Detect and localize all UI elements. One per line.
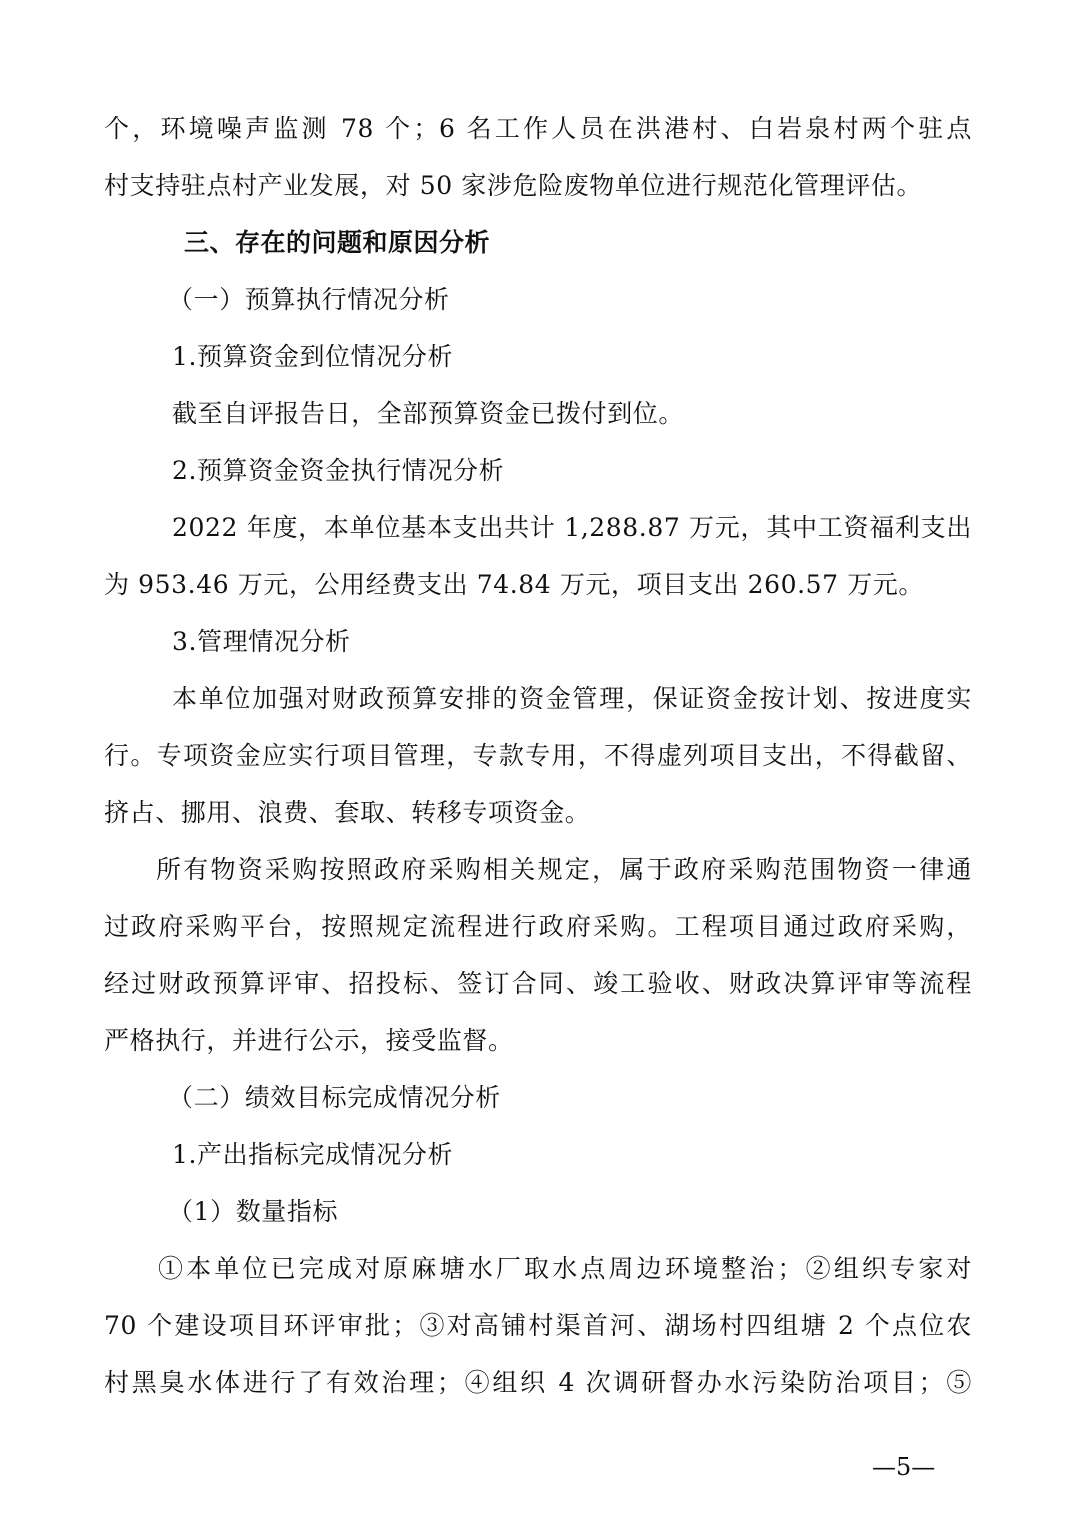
paragraph-line: 所有物资采购按照政府采购相关规定，属于政府采购范围物资一律通 <box>156 853 972 887</box>
paragraph-line: 村支持驻点村产业发展，对 50 家涉危险废物单位进行规范化管理评估。 <box>104 169 972 203</box>
paragraph-line: 2022 年度，本单位基本支出共计 1,288.87 万元，其中工资福利支出 <box>172 511 972 545</box>
paragraph-line: 严格执行，并进行公示，接受监督。 <box>104 1024 972 1058</box>
subsection-heading: （二）绩效目标完成情况分析 <box>168 1081 972 1115</box>
paragraph-line: 个，环境噪声监测 78 个；6 名工作人员在洪港村、白岩泉村两个驻点 <box>104 112 972 146</box>
paragraph-line: 本单位加强对财政预算安排的资金管理，保证资金按计划、按进度实 <box>172 682 972 716</box>
item-heading: 2.预算资金资金执行情况分析 <box>172 454 972 488</box>
paragraph-line: ①本单位已完成对原麻塘水厂取水点周边环境整治；②组织专家对 <box>158 1252 972 1286</box>
document-page: 个，环境噪声监测 78 个；6 名工作人员在洪港村、白岩泉村两个驻点 村支持驻点… <box>0 0 1074 1520</box>
item-heading: 1.预算资金到位情况分析 <box>172 340 972 374</box>
item-subheading: （1）数量指标 <box>168 1195 972 1229</box>
paragraph-line: 截至自评报告日，全部预算资金已拨付到位。 <box>172 397 972 431</box>
page-number: —5— <box>872 1452 935 1482</box>
section-heading: 三、存在的问题和原因分析 <box>184 226 490 260</box>
item-heading: 3.管理情况分析 <box>172 625 972 659</box>
paragraph-line: 村黑臭水体进行了有效治理；④组织 4 次调研督办水污染防治项目；⑤ <box>104 1366 972 1400</box>
item-heading: 1.产出指标完成情况分析 <box>172 1138 972 1172</box>
paragraph-line: 经过财政预算评审、招投标、签订合同、竣工验收、财政决算评审等流程 <box>104 967 972 1001</box>
paragraph-line: 行。专项资金应实行项目管理，专款专用，不得虚列项目支出，不得截留、 <box>104 739 972 773</box>
subsection-heading: （一）预算执行情况分析 <box>168 283 972 317</box>
paragraph-line: 70 个建设项目环评审批；③对高铺村渠首河、湖场村四组塘 2 个点位农 <box>104 1309 972 1343</box>
paragraph-line: 为 953.46 万元，公用经费支出 74.84 万元，项目支出 260.57 … <box>104 568 972 602</box>
paragraph-line: 过政府采购平台，按照规定流程进行政府采购。工程项目通过政府采购， <box>104 910 972 944</box>
paragraph-line: 挤占、挪用、浪费、套取、转移专项资金。 <box>104 796 972 830</box>
